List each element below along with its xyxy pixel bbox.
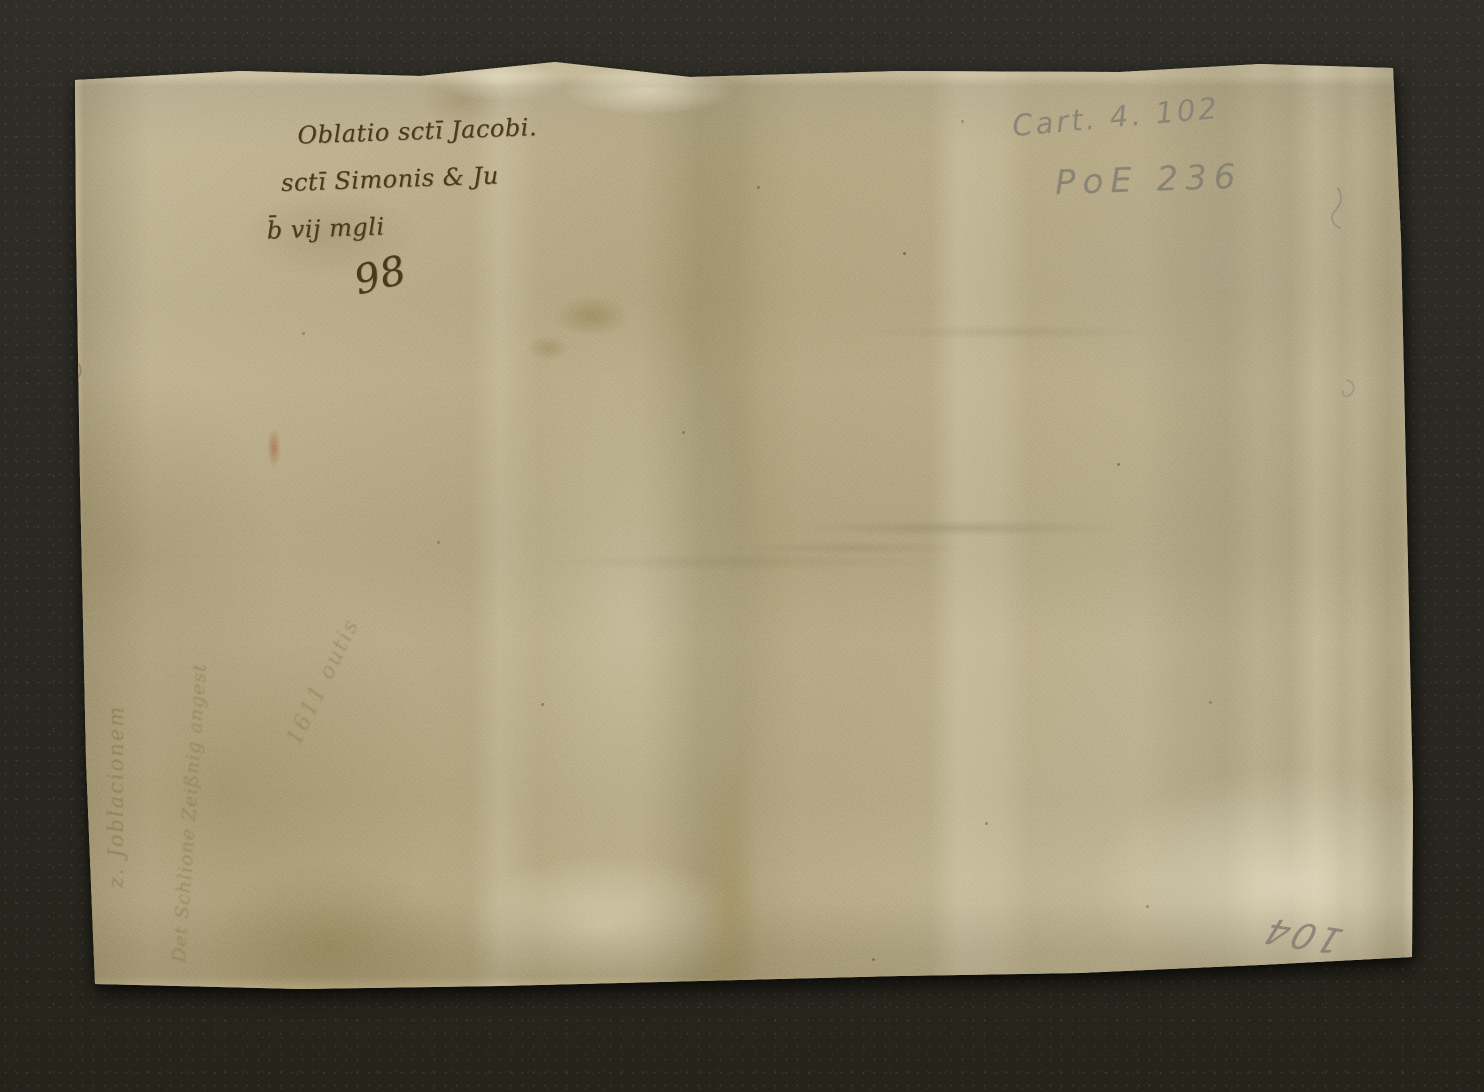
ink-title-line3: b̄ vij mgli bbox=[266, 196, 587, 254]
parchment-shadow: Oblatio sctī Jacobi. sctī Simonis & Ju b… bbox=[0, 0, 1484, 1092]
ink-vertical-note-outer: z. Joblacionem bbox=[104, 628, 128, 888]
archival-photo-mat: Oblatio sctī Jacobi. sctī Simonis & Ju b… bbox=[0, 0, 1484, 1092]
parchment-verso: Oblatio sctī Jacobi. sctī Simonis & Ju b… bbox=[0, 0, 1484, 1092]
ink-vertical-note-inner: Det Schlione Zeißnig angest bbox=[168, 663, 211, 964]
ink-title-annotation: Oblatio sctī Jacobi. sctī Simonis & Ju b… bbox=[263, 102, 590, 308]
parchment-specks bbox=[0, 0, 3, 3]
ink-faded-diagonal-note: 1611 outis bbox=[282, 567, 388, 749]
pencil-shelfmark-line1: Cart. 4. 102 bbox=[1011, 91, 1221, 143]
pencil-squiggle-marks bbox=[0, 0, 1484, 1092]
ink-number-98: 98 bbox=[350, 247, 412, 305]
pencil-shelfmark-line2: PoE 236 bbox=[1054, 157, 1243, 204]
pencil-folio-number-rotated: 104 bbox=[1257, 909, 1349, 960]
